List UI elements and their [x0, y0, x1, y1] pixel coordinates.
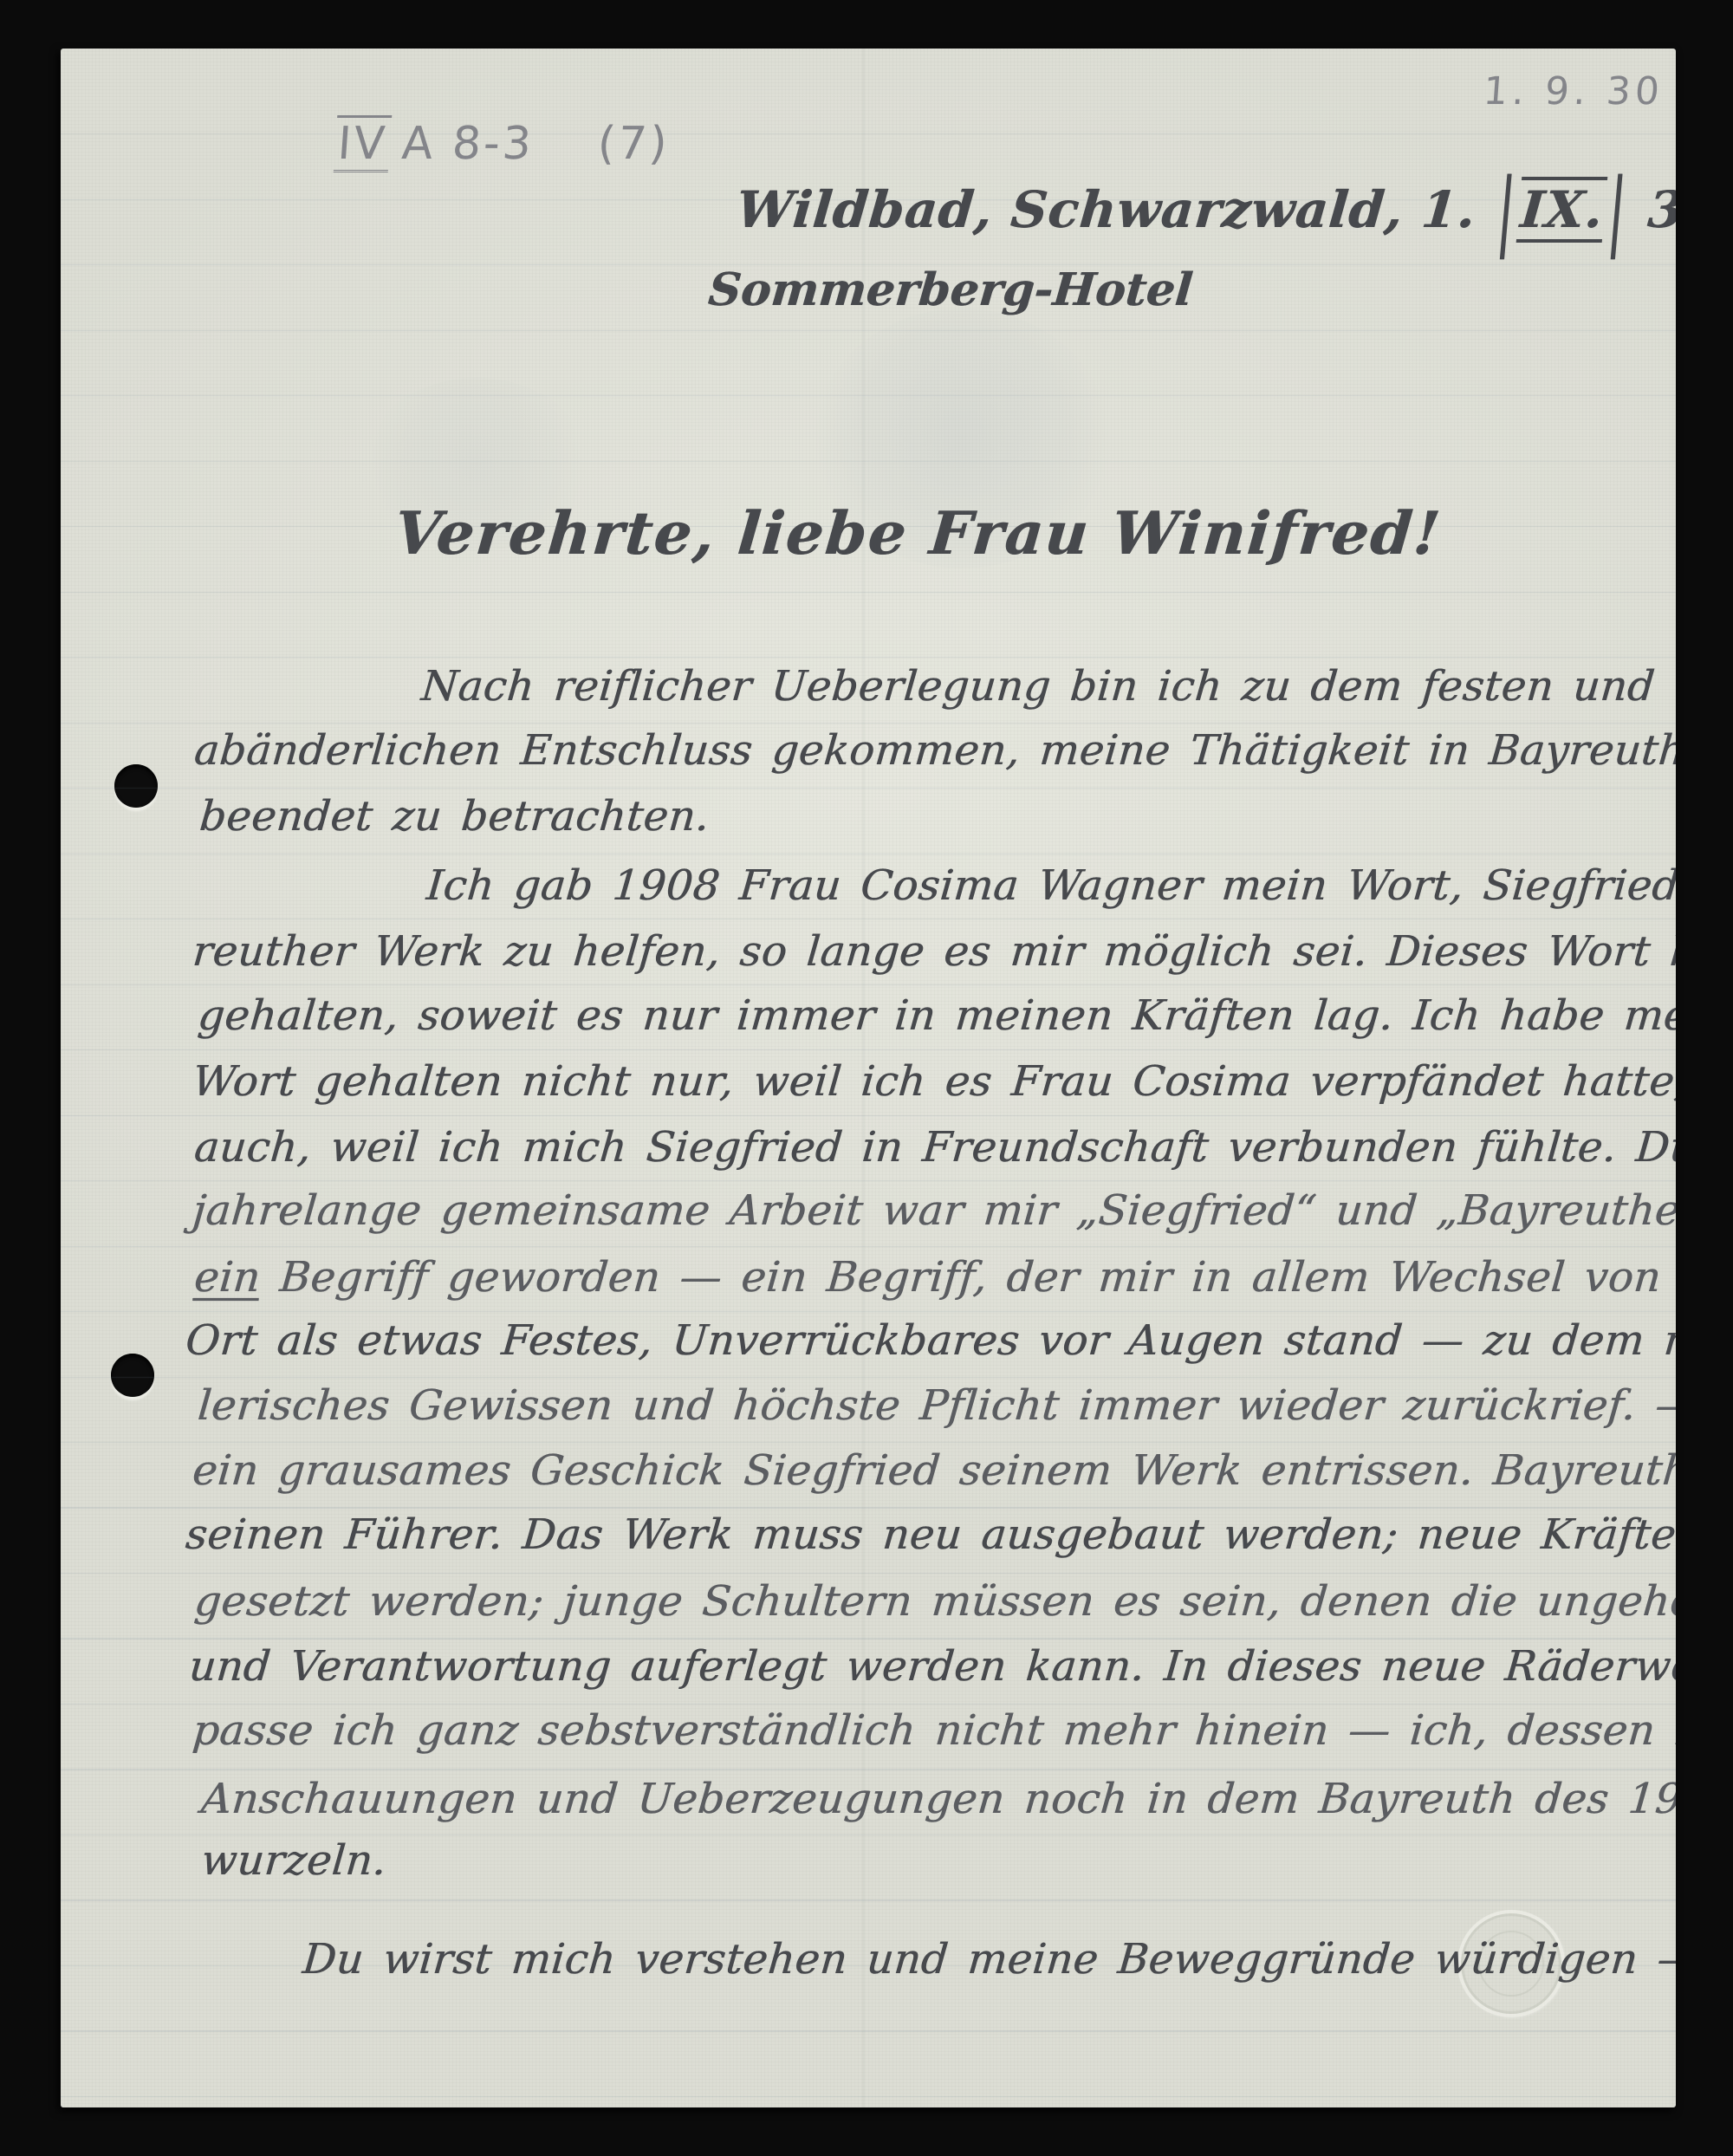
letter-line: auch, weil ich mich Siegfried in Freunds… — [192, 1123, 1676, 1172]
classification-code: A 8-3 — [400, 118, 535, 170]
hole-punch-bottom — [111, 1354, 154, 1397]
letter-line: reuther Werk zu helfen, so lange es mir … — [191, 927, 1676, 976]
place-and-day: Wildbad, Schwarzwald, 1. — [734, 180, 1478, 239]
letter-line: Anschauungen und Ueberzeugungen noch in … — [199, 1775, 1676, 1823]
letter-line: gehalten, soweit es nur immer in meinen … — [196, 991, 1676, 1040]
letter-line: ein grausames Geschick Siegfried seinem … — [191, 1446, 1676, 1495]
letter-line: Ort als etwas Festes, Unverrückbares vor… — [184, 1316, 1676, 1365]
letter-line: passe ich ganz sebstverständlich nicht m… — [191, 1706, 1676, 1755]
letterhead-place-date: Wildbad, Schwarzwald, 1. |IX.| 30. — [734, 180, 1676, 239]
letter-line: lerisches Gewissen und höchste Pflicht i… — [196, 1381, 1676, 1430]
letter-line: und Verantwortung auferlegt werden kann.… — [187, 1642, 1676, 1691]
letter-line: Wort gehalten nicht nur, weil ich es Fra… — [191, 1057, 1676, 1106]
year: 30. — [1645, 180, 1676, 239]
photo-background: IVA 8-3(7) 1. 9. 30 Wildbad, Schwarzwald… — [0, 0, 1733, 2156]
letter-line: seinen Führer. Das Werk muss neu ausgeba… — [184, 1510, 1676, 1559]
line-text: Anschauungen und Ueberzeugungen noch in … — [199, 1775, 1676, 1823]
letter-line: Ich gab 1908 Frau Cosima Wagner mein Wor… — [425, 861, 1676, 910]
classification-number: (7) — [596, 118, 672, 170]
date-divider: | — [1490, 159, 1523, 260]
letter-line: abänderlichen Entschluss gekommen, meine… — [192, 726, 1676, 775]
roman-month: IX. — [1516, 177, 1608, 243]
roman-numeral: IV — [334, 115, 393, 172]
salutation: Verehrte, liebe Frau Winifred! — [392, 499, 1444, 568]
pencil-date-note: 1. 9. 30 — [1482, 69, 1665, 114]
letter-line: Du wirst mich verstehen und meine Bewegg… — [301, 1935, 1676, 1984]
date-divider: | — [1600, 159, 1634, 260]
letter-line: ein Begriff geworden — ein Begriff, der … — [192, 1253, 1676, 1302]
hole-punch-top — [114, 764, 158, 808]
letter-page: IVA 8-3(7) 1. 9. 30 Wildbad, Schwarzwald… — [61, 49, 1676, 2107]
letterhead-hotel: Sommerberg-Hotel — [706, 263, 1195, 316]
letter-line: gesetzt werden; junge Schultern müssen e… — [192, 1577, 1676, 1626]
letter-line: beendet zu betrachten. — [198, 792, 711, 841]
line-text: Begriff geworden — ein Begriff, der mir … — [258, 1253, 1676, 1302]
letter-line: Nach reiflicher Ueberlegung bin ich zu d… — [419, 662, 1676, 711]
archival-classification-mark: IVA 8-3(7) — [334, 118, 672, 170]
letter-line: jahrelange gemeinsame Arbeit war mir „Si… — [191, 1186, 1676, 1235]
letter-line: wurzeln. — [199, 1836, 388, 1885]
underlined-word: ein — [192, 1253, 263, 1302]
